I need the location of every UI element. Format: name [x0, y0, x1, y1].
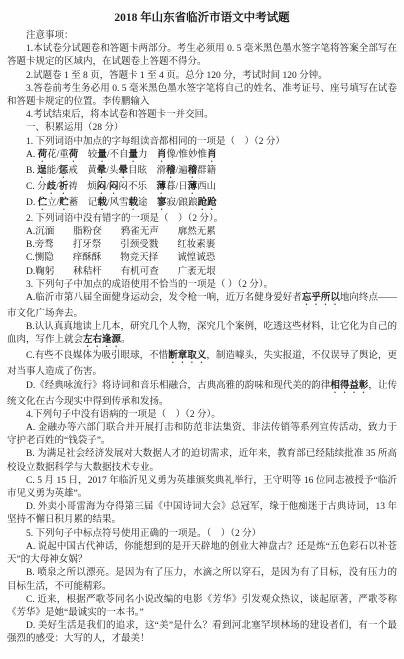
question-4-option-c: C. 5 月 15 日，2017 年临沂见义勇为英雄颁奖典礼举行，王守明等 16…: [7, 475, 397, 501]
text-run: 1.本试卷分试题卷和答题卡两部分。考生必须用 0. 5 毫米黑色墨水签字笔将答案…: [7, 44, 397, 67]
text-run: A. 金融办等六部门联合并开展打击和防范非法集资、非法传销等系列宣传活动，致力于…: [7, 423, 397, 446]
question-1-stem: 1. 下列词语中加点的字每组读音都相同的一项是（ ）（2 分）: [7, 136, 397, 149]
question-4-option-a: A. 金融办等六部门联合并开展打击和防范非法集资、非法传销等系列宣传活动，致力于…: [7, 422, 397, 448]
text-run: 闷不乐: [118, 182, 156, 192]
text-run: /头: [106, 166, 118, 176]
emphasized-text-run: 肖: [207, 150, 217, 160]
text-run: D.《经典咏流行》将诗词和音乐相融合，古典高雅的韵味和现代美的韵律: [26, 381, 330, 391]
text-run: D. 美好生活是我们的追求，这“美”是什么？看到河北塞罕坝林场的建设者们，有一个…: [7, 621, 397, 644]
text-run: 较: [78, 150, 97, 160]
text-run: A. 说起中国古代神话，你能想到的是开天辟地的创业大神盘古？还是炼“五色彩石以补…: [7, 542, 397, 565]
question-3-option-d: D.《经典咏流行》将诗词和音乐相融合，古典高雅的韵味和现代美的韵律相得益彰，让传…: [7, 380, 397, 409]
question-3-stem: 3. 下列句子中加点的成语使用不恰当的一项是（ ）（2 分）。: [7, 279, 397, 292]
question-4-option-b: B. 为满足社会经济发展对大数据人才的迫切需求，近年来，教育部已经陆续批准 35…: [7, 448, 397, 474]
text-run: C. 分: [26, 182, 47, 192]
text-run: D.: [26, 198, 38, 208]
text-run: 花/重: [47, 150, 69, 160]
text-run: 能/: [47, 166, 59, 176]
emphasized-text-run: 量: [97, 150, 107, 160]
text-run: 3. 下列句子中加点的成语使用不恰当的一项是（ ）（2 分）。: [26, 280, 273, 290]
text-run: 戒 黄: [68, 166, 97, 176]
text-run: A.临沂市第八届全面健身运动会，发令枪一响，近万名健身爱好者: [26, 293, 302, 303]
text-run: 群籍: [197, 166, 216, 176]
section-heading: 一、积累运用（28 分）: [7, 122, 397, 135]
text-run: 3.答卷前考生务必用 0. 5 毫米黑色墨水签字笔将自己的姓名、准考证号、座号填…: [7, 84, 397, 107]
text-run: D. 外卖小哥雷海为夺得第三届《中国诗词大会》总冠军，缘于他痴迷于古典诗词，13…: [7, 502, 397, 525]
question-5-option-b: B. 喷泉之所以漂亮。是因为有了压力，水滴之所以穿石，是因为有了目标，没有压力的…: [7, 567, 397, 593]
exam-page: 2018 年山东省临沂市语文中考试题 注意事项：1.本试卷分试题卷和答题卡两部分…: [0, 0, 404, 659]
emphasized-text-run: 晕: [97, 166, 107, 176]
emphasized-text-run: 载: [97, 198, 107, 208]
question-5-stem: 5. 下列句子中标点符号使用正确的一项是。（ ）（2 分）: [7, 528, 397, 541]
question-3-option-b: B.认认真真地读上几本，研究几个人物，深究几个案例，吃透这些材料，让它化为自己的…: [7, 321, 397, 350]
text-run: 目眩 滑: [128, 166, 166, 176]
text-run: B.旁骛 打牙祭 引颈受戮 红妆素裹: [26, 240, 215, 250]
text-run: B.认认真真地读上几本，研究几个人物，深究几个案例，吃透这些材料，让它化为自己的…: [7, 322, 397, 345]
text-run: /不自: [107, 150, 129, 160]
text-run: 注意事项：: [26, 31, 74, 41]
text-run: B. 为满足社会经济发展对大数据人才的迫切需求，近年来，教育部已经陆续批准 35…: [7, 449, 397, 472]
text-run: 蓄 记: [69, 198, 98, 208]
question-4-stem: 4.下列句子中没有语病的一项是（ ）（2 分）。: [7, 409, 397, 422]
question-2-stem: 2. 下列词语中没有错字的一项是（ ）（2 分）。: [7, 213, 397, 226]
text-run: B. 喷泉之所以漂亮。是因为有了压力，水滴之所以穿石，是因为有了目标，没有压力的…: [7, 568, 397, 591]
text-run: B.: [26, 166, 37, 176]
page-title: 2018 年山东省临沂市语文中考试题: [7, 11, 397, 25]
emphasized-text-run: 薄: [156, 182, 166, 192]
emphasized-text-run: 贮: [59, 198, 69, 208]
emphasized-text-run: 晕: [118, 166, 128, 176]
text-run: D.鞠躬 秫秸杆 有机可查 广袤无垠: [26, 267, 216, 277]
question-3-option-c: C.有些不良媒体为吸引眼球，不惜断章取义，制造噱头，失实报道，不仅误导了舆论，更…: [7, 350, 397, 379]
question-1-option-c: C. 分歧/祈祷 烦闷/闷闷不乐 薄暮/日薄西山: [7, 181, 397, 197]
text-run: /遍: [175, 166, 187, 176]
text-run: 像/惟妙惟: [167, 150, 208, 160]
question-1-option-a: A. 荷花/重荷 较量/不自量力 肖像/惟妙惟肖: [7, 149, 397, 165]
question-2-option-b: B.旁骛 打牙祭 引颈受戮 红妆素裹: [7, 239, 397, 252]
text-run: A.沉湎 脂粉奁 鸦雀无声 廓然无累: [26, 227, 216, 237]
text-run: 暮/日: [166, 182, 188, 192]
emphasized-text-run: 惩: [59, 166, 69, 176]
text-run: 寂/踉踉: [167, 198, 198, 208]
text-run: /风雪: [107, 198, 129, 208]
text-run: 立/: [47, 198, 59, 208]
text-run: 4.下列句子中没有语病的一项是（ ）（2 分）。: [26, 410, 221, 420]
emphasized-text-run: 薄: [188, 182, 198, 192]
text-run: 4.考试结束后，将本试卷和答题卡一并交回。: [26, 110, 214, 120]
emphasized-text-run: 寥: [157, 198, 167, 208]
emphasized-text-run: 稽: [188, 166, 198, 176]
emphasized-text-run: 相得益彰: [330, 381, 368, 391]
text-run: 1. 下列词语中加点的字每组读音都相同的一项是（ ）（2 分）: [26, 137, 285, 147]
notice-item-3: 3.答卷前考生务必用 0. 5 毫米黑色墨水签字笔将自己的姓名、准考证号、座号填…: [7, 83, 397, 109]
text-run: 途: [138, 198, 157, 208]
question-3-option-a: A.临沂市第八届全面健身运动会，发令枪一响，近万名健身爱好者忘乎所以地向终点——…: [7, 292, 397, 321]
notice-item-2: 2.试题卷 1 至 8 页，答题卡 1 至 4 页。总分 120 分，考试时间 …: [7, 70, 397, 83]
question-2-option-d: D.鞠躬 秫秸杆 有机可查 广袤无垠: [7, 266, 397, 279]
text-run: 西山: [197, 182, 216, 192]
text-run: C. 5 月 15 日，2017 年临沂见义勇为英雄颁奖典礼举行，王守明等 16…: [7, 476, 397, 499]
text-run: 。: [121, 335, 131, 345]
question-5-option-d: D. 美好生活是我们的追求，这“美”是什么？看到河北塞罕坝林场的建设者们，有一个…: [7, 620, 397, 646]
notice-item-1: 1.本试卷分试题卷和答题卡两部分。考生必须用 0. 5 毫米黑色墨水签字笔将答案…: [7, 43, 397, 69]
emphasized-text-run: 量: [128, 150, 138, 160]
emphasized-text-run: 逞: [37, 166, 47, 176]
text-run: 祷 烦: [68, 182, 97, 192]
emphasized-text-run: 祈: [59, 182, 69, 192]
question-2-option-a: A.沉湎 脂粉奁 鸦雀无声 廓然无累: [7, 226, 397, 239]
emphasized-text-run: 忘乎所以: [302, 293, 340, 303]
question-5-option-c: C. 近来，根据严歌苓同名小说改编的电影《芳华》引发观众热议，谈起原著，严歌苓称…: [7, 594, 397, 620]
question-5-option-a: A. 说起中国古代神话，你能想到的是开天辟地的创业大神盘古？还是炼“五色彩石以补…: [7, 541, 397, 567]
emphasized-text-run: 荷: [38, 150, 48, 160]
document-body: 注意事项：1.本试卷分试题卷和答题卡两部分。考生必须用 0. 5 毫米黑色墨水签…: [7, 30, 397, 647]
emphasized-text-run: 闷: [97, 182, 107, 192]
question-1-option-b: B. 逞能/惩戒 黄晕/头晕目眩 滑稽/遍稽群籍: [7, 165, 397, 181]
emphasized-text-run: 歧: [47, 182, 57, 192]
emphasized-text-run: 肖: [157, 150, 167, 160]
emphasized-text-run: 断章取义: [168, 351, 206, 361]
text-run: 5. 下列句子中标点符号使用正确的一项是。（ ）（2 分）: [26, 529, 261, 539]
text-run: 一、积累运用（28 分）: [26, 123, 123, 133]
emphasized-text-run: 跄跄: [198, 198, 217, 208]
text-run: C. 近来，根据严歌苓同名小说改编的电影《芳华》引发观众热议，谈起原著，严歌苓称…: [7, 595, 397, 618]
question-4-option-d: D. 外卖小哥雷海为夺得第三届《中国诗词大会》总冠军，缘于他痴迷于古典诗词，13…: [7, 501, 397, 527]
text-run: 2.试题卷 1 至 8 页，答题卡 1 至 4 页。总分 120 分，考试时间 …: [26, 71, 328, 81]
notice-item-4: 4.考试结束后，将本试卷和答题卡一并交回。: [7, 109, 397, 122]
text-run: C.恻隐 痒酥酥 物竞天择 诚惶诚恐: [26, 253, 215, 263]
text-run: A.: [26, 150, 38, 160]
text-run: 力: [138, 150, 157, 160]
text-run: 2. 下列词语中没有错字的一项是（ ）（2 分）。: [26, 214, 223, 224]
text-run: C.有些不良媒体为吸引眼球，不惜: [26, 351, 168, 361]
question-2-option-c: C.恻隐 痒酥酥 物竞天择 诚惶诚恐: [7, 252, 397, 265]
emphasized-text-run: 伫: [38, 198, 48, 208]
emphasized-text-run: 左右逢源: [83, 335, 121, 345]
emphasized-text-run: 荷: [69, 150, 79, 160]
question-1-option-d: D. 伫立/贮蓄 记载/风雪载途 寥寂/踉踉跄跄: [7, 197, 397, 213]
emphasized-text-run: 载: [128, 198, 138, 208]
notice-heading: 注意事项：: [7, 30, 397, 43]
